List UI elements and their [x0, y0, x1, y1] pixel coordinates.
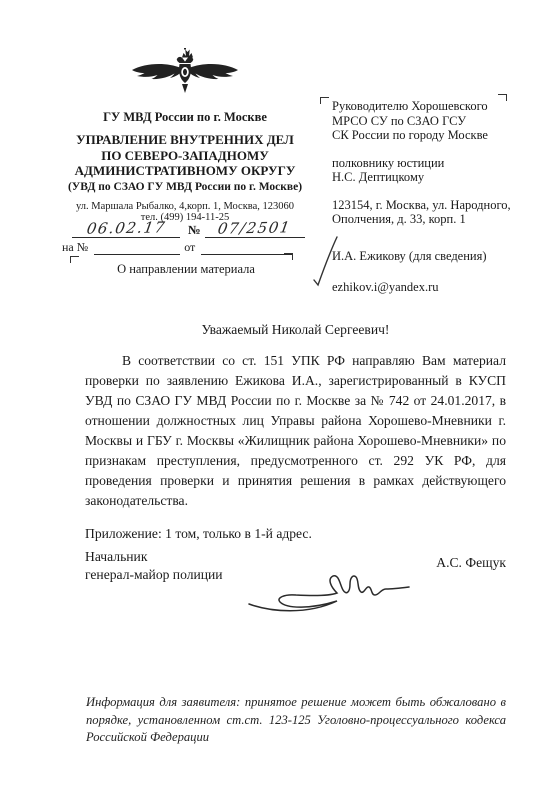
- recipient-block: Руководителю Хорошевского МРСО СУ по СЗА…: [332, 99, 537, 295]
- copy-recipient: И.А. Ежикову (для сведения): [332, 249, 487, 263]
- recipient-gap: [332, 185, 537, 198]
- org-name-line3: АДМИНИСТРАТИВНОМУ ОКРУГУ: [48, 164, 322, 179]
- org-abbreviation: (УВД по СЗАО ГУ МВД России по г. Москве): [48, 181, 322, 193]
- reply-from-label: от: [184, 240, 195, 255]
- recipient-address-line: 123154, г. Москва, ул. Народного,: [332, 198, 537, 213]
- recipient-name-line: Н.С. Дептицкому: [332, 170, 537, 185]
- copy-recipient-row: И.А. Ежикову (для сведения): [332, 249, 537, 264]
- reference-block: 06.02.17 № 07/2501 на № от: [62, 214, 310, 255]
- signer-position: Начальник генерал-майор полиции: [85, 548, 223, 584]
- org-name-line1: УПРАВЛЕНИЕ ВНУТРЕННИХ ДЕЛ: [48, 133, 322, 148]
- scanned-letter-page: ГУ МВД России по г. Москве УПРАВЛЕНИЕ ВН…: [0, 0, 559, 800]
- outgoing-date-line: 06.02.17: [72, 219, 180, 238]
- outgoing-reference-row: 06.02.17 № 07/2501: [62, 214, 310, 238]
- recipient-address-line: Ополчения, д. 33, корп. 1: [332, 212, 537, 227]
- letterhead: ГУ МВД России по г. Москве УПРАВЛЕНИЕ ВН…: [48, 46, 322, 223]
- outgoing-date-handwritten: 06.02.17: [85, 218, 167, 237]
- signer-name: А.С. Фещук: [436, 555, 506, 571]
- subject-line: О направлении материала: [62, 262, 310, 277]
- letter-body: Уважаемый Николай Сергеевич! В соответст…: [85, 322, 506, 542]
- salutation: Уважаемый Николай Сергеевич!: [85, 322, 506, 338]
- reply-number-blank-line: [94, 242, 180, 255]
- attachment-line: Приложение: 1 том, только в 1-й адрес.: [85, 526, 506, 542]
- recipient-corner-left-mark: [320, 97, 329, 104]
- org-parent-name: ГУ МВД России по г. Москве: [48, 110, 322, 125]
- recipient-line: СК России по городу Москве: [332, 128, 537, 143]
- outgoing-number-handwritten: 07/2501: [217, 218, 293, 237]
- signer-position-line1: Начальник: [85, 548, 223, 566]
- reply-to-number-label: на №: [62, 240, 88, 255]
- applicant-info-note: Информация для заявителя: принятое решен…: [86, 694, 506, 747]
- org-name-line2: ПО СЕВЕРО-ЗАПАДНОМУ: [48, 149, 322, 164]
- mvd-double-eagle-emblem-icon: [48, 46, 322, 106]
- body-paragraph: В соответствии со ст. 151 УПК РФ направл…: [85, 351, 506, 511]
- outgoing-number-line: 07/2501: [205, 219, 305, 238]
- signature-block: Начальник генерал-майор полиции А.С. Фещ…: [85, 548, 506, 628]
- recipient-email: ezhikov.i@yandex.ru: [332, 280, 537, 295]
- recipient-rank-line: полковнику юстиции: [332, 156, 537, 171]
- subject-corner-right-mark: [284, 253, 293, 260]
- signer-position-line2: генерал-майор полиции: [85, 566, 223, 584]
- org-address: ул. Маршала Рыбалко, 4,корп. 1, Москва, …: [48, 201, 322, 212]
- handwritten-checkmark-icon: [312, 235, 338, 287]
- recipient-gap: [332, 143, 537, 156]
- handwritten-signature-icon: [245, 570, 417, 622]
- recipient-line: Руководителю Хорошевского: [332, 99, 537, 114]
- recipient-line: МРСО СУ по СЗАО ГСУ: [332, 114, 537, 129]
- reply-date-blank-line: [201, 242, 293, 255]
- number-sign: №: [188, 223, 201, 238]
- incoming-reference-row: на № от: [62, 239, 310, 255]
